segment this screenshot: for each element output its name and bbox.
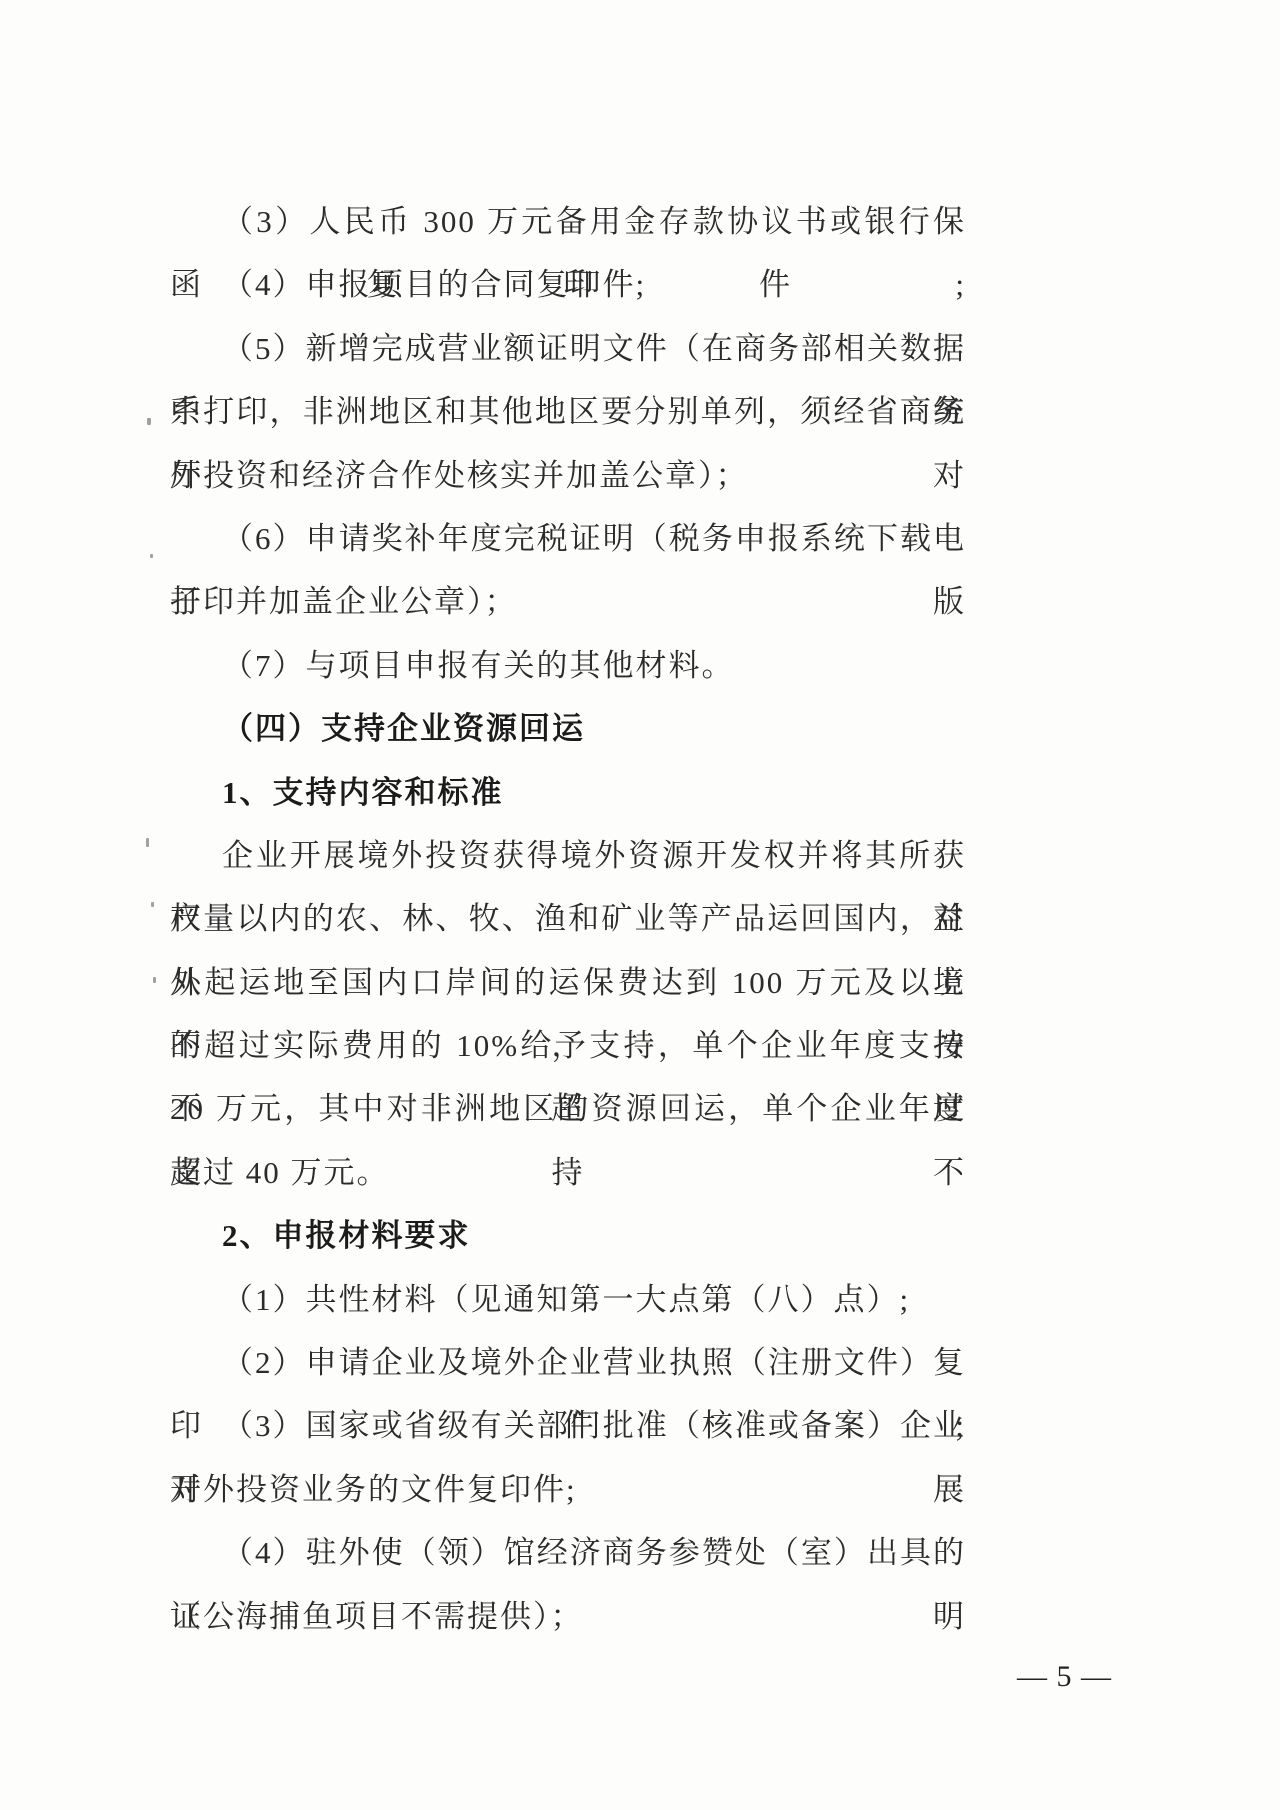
document-body: （3）人民币 300 万元备用金存款协议书或银行保函复印件;（4）申报项目的合同…	[170, 190, 966, 1648]
text-line: （4）驻外使（领）馆经济商务参赞处（室）出具的证明	[170, 1521, 966, 1584]
scan-speck	[153, 977, 156, 983]
scan-speck	[146, 838, 149, 847]
text-line: （5）新增完成营业额证明文件（在商务部相关数据系统	[170, 317, 966, 380]
text-line: 不超过实际费用的 10%给予支持，单个企业年度支持不超过	[170, 1014, 966, 1077]
text-line: 企业开展境外投资获得境外资源开发权并将其所获权益	[170, 824, 966, 887]
text-line: （6）申请奖补年度完税证明（税务申报系统下载电子版	[170, 507, 966, 570]
text-line: （2）申请企业及境外企业营业执照（注册文件）复印件;	[170, 1331, 966, 1394]
text-line: 2、申报材料要求	[170, 1204, 966, 1267]
text-line: （四）支持企业资源回运	[170, 697, 966, 760]
text-line: （3）国家或省级有关部门批准（核准或备案）企业开展	[170, 1394, 966, 1457]
text-line: 中打印，非洲地区和其他地区要分别单列，须经省商务厅对	[170, 380, 966, 443]
text-line: （1）共性材料（见通知第一大点第（八）点）;	[170, 1268, 966, 1331]
document-page: （3）人民币 300 万元备用金存款协议书或银行保函复印件;（4）申报项目的合同…	[0, 0, 1280, 1810]
scan-speck	[147, 418, 151, 425]
text-line: 1、支持内容和标准	[170, 761, 966, 824]
text-line: 产量以内的农、林、牧、渔和矿业等产品运回国内，对从境	[170, 887, 966, 950]
text-line: （7）与项目申报有关的其他材料。	[170, 634, 966, 697]
page-number: — 5 —	[1017, 1660, 1112, 1694]
scan-speck	[150, 554, 153, 558]
text-line: 20 万元，其中对非洲地区的资源回运，单个企业年度支持不	[170, 1077, 966, 1140]
text-line: 外起运地至国内口岸间的运保费达到 100 万元及以上的，按	[170, 951, 966, 1014]
scan-speck	[151, 902, 154, 907]
text-line: （3）人民币 300 万元备用金存款协议书或银行保函复印件;	[170, 190, 966, 253]
